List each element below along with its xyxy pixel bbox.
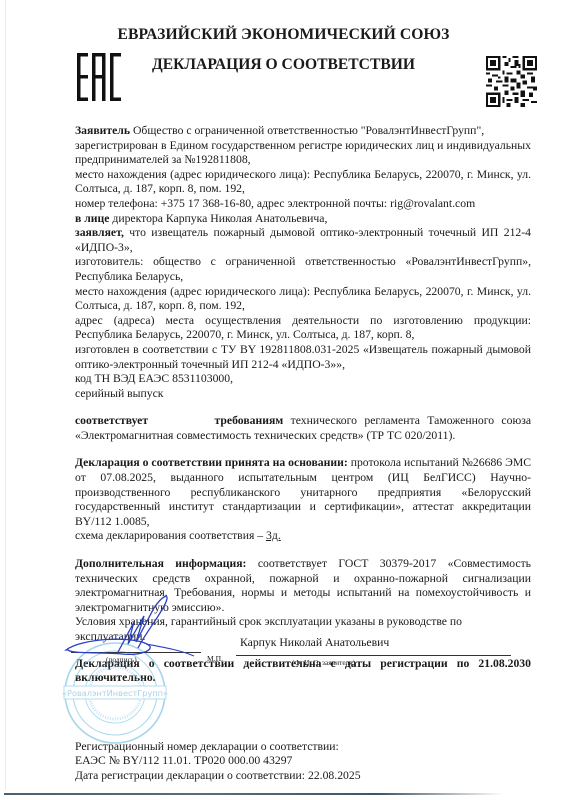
declares-product: заявляет, что извещатель пожарный дымово… [75,226,531,255]
compliance-label-1: соответствует [75,414,148,427]
applicant-contacts: номер телефона: +375 17 368-16-80, адрес… [75,197,531,212]
page-bottom-edge [4,793,504,795]
applicant-representative: в лице директора Карпука Николая Анатоль… [75,212,531,227]
spacer [75,443,531,456]
scheme-prefix: схема декларирования соответствия – [75,529,266,542]
name-caption: (Ф. И. О. заявителя) [292,658,355,667]
union-title: ЕВРАЗИЙСКИЙ ЭКОНОМИЧЕСКИЙ СОЮЗ [0,26,567,44]
scheme-value: 3д. [266,529,281,542]
compliance-label-2: требованиям [215,414,284,427]
declaration-scheme: схема декларирования соответствия – 3д. [75,529,531,544]
rep-name: директора Карпука Николая Анатольевича, [109,212,327,225]
basis-label: Декларация о соответствии принята на осн… [75,456,348,469]
production-address: адрес (адреса) места осуществления деяте… [75,314,531,343]
spacer [75,544,531,557]
registration-number: ЕАЭС № BY/112 11.01. ТР020 000.00 43297 [75,754,361,768]
handwritten-signature-icon [62,592,202,662]
rep-label: в лице [75,212,109,225]
compliance-section: соответствует требованиям технического р… [75,414,531,443]
manufacturer-location: место нахождения (адрес юридического лиц… [75,285,531,314]
registration-date: Дата регистрации декларации о соответств… [75,769,361,783]
declares-label: заявляет, [75,226,124,239]
product-text: что извещатель пожарный дымовой оптико-э… [75,226,531,254]
name-line [236,655,511,656]
additional-label: Дополнительная информация: [75,557,246,570]
eac-logo-icon [77,53,121,101]
signatory-name: Карпук Николай Анатольевич [240,636,389,649]
manufacturer: изготовитель: общество с ограниченной от… [75,255,531,284]
spacer [75,401,531,414]
applicant-registration: зарегистрирован в Едином государственном… [75,139,531,168]
registration-block: Регистрационный номер декларации о соотв… [75,740,361,783]
applicant-name: Общество с ограниченной ответственностью… [130,124,484,137]
applicant-label: Заявитель [75,124,130,137]
applicant-section: Заявитель Общество с ограниченной ответс… [75,124,531,139]
basis-section: Декларация о соответствии принята на осн… [75,456,531,529]
applicant-location: место нахождения (адрес юридического лиц… [75,168,531,197]
registration-label: Регистрационный номер декларации о соотв… [75,740,361,754]
release-type: серийный выпуск [75,387,531,402]
qr-code-icon[interactable] [486,56,537,107]
seal-place-label: М.П. [207,654,223,663]
product-spec: изготовлен в соответствии с ТУ BY 192811… [75,343,531,372]
page-edge [5,0,6,790]
hs-code: код ТН ВЭД ЕАЭС 8531103000, [75,372,531,387]
